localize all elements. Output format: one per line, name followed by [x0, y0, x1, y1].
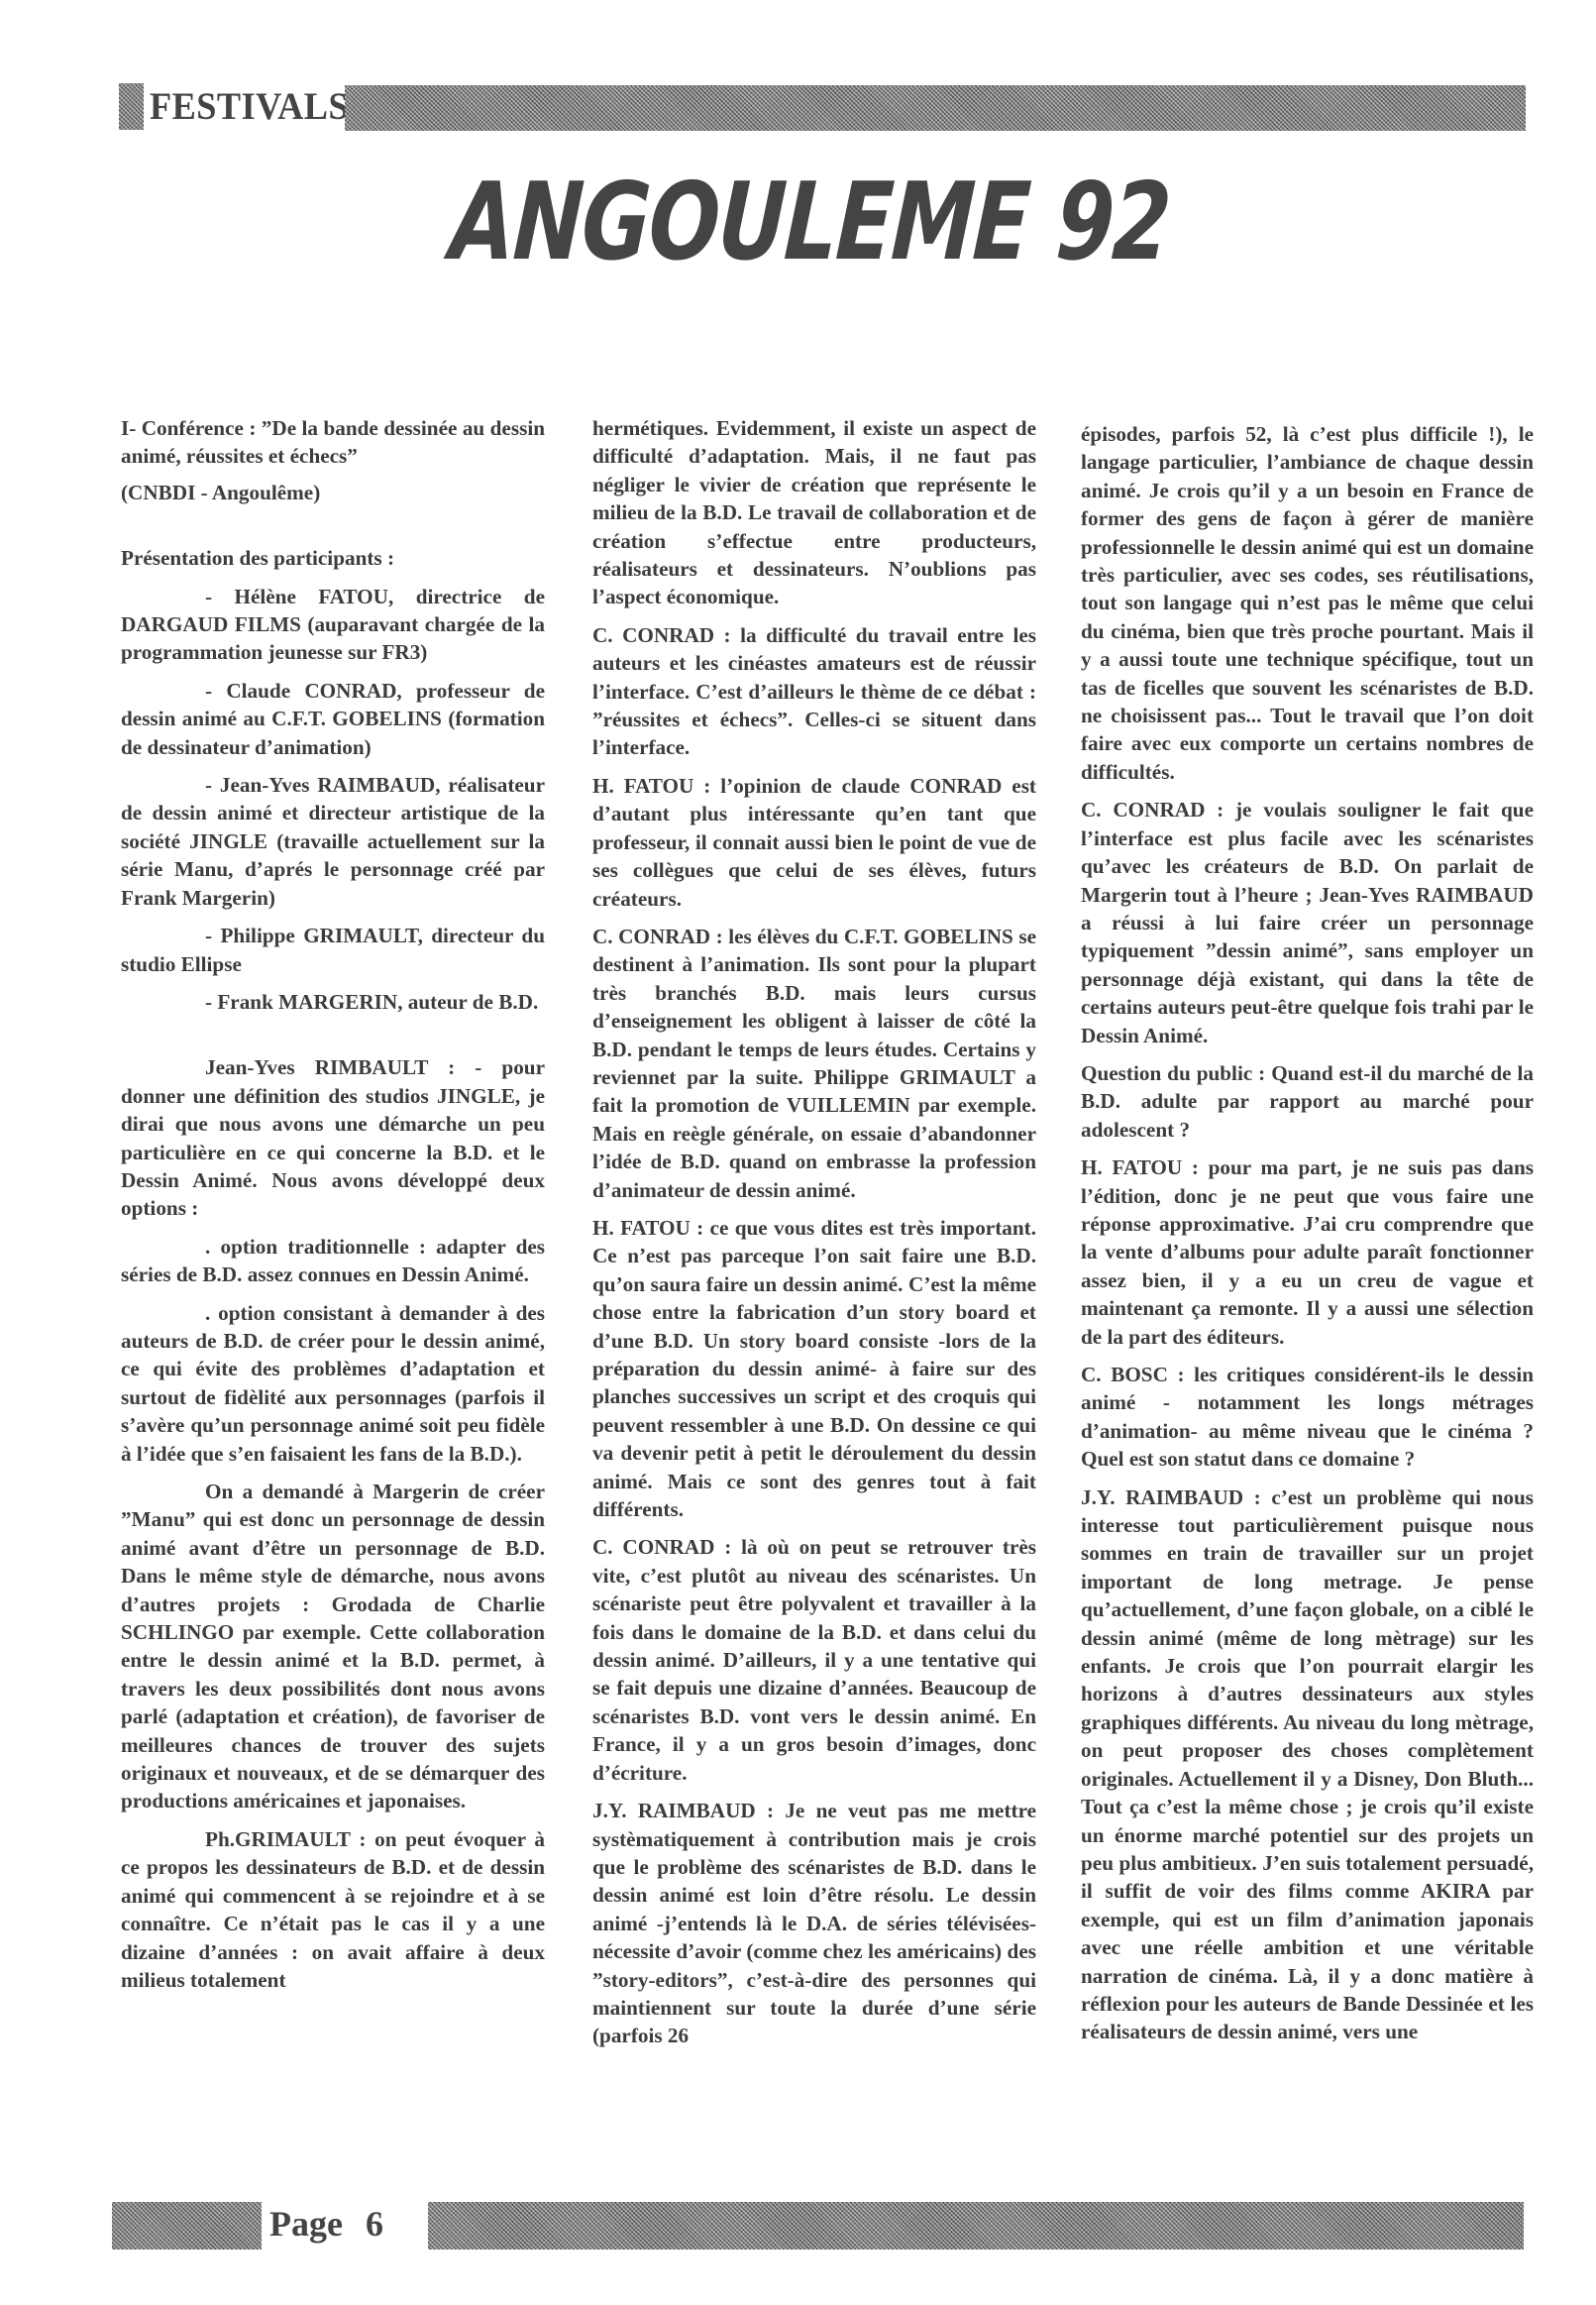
conference-heading: I- Conférence : ”De la bande dessinée au… [121, 414, 545, 471]
footer-left-dither-block [112, 2202, 262, 2250]
article-paragraph: On a demandé à Margerin de créer ”Manu” … [121, 1478, 545, 1815]
article-paragraph: H. FATOU : pour ma part, je ne suis pas … [1081, 1153, 1534, 1351]
article-paragraph: C. CONRAD : là où on peut se retrouver t… [592, 1533, 1036, 1787]
footer-dither-bar [428, 2202, 1524, 2250]
article-paragraph: J.Y. RAIMBAUD : Je ne veut pas me mettre… [592, 1797, 1036, 2050]
article-paragraph: C. CONRAD : les élèves du C.F.T. GOBELIN… [592, 923, 1036, 1204]
article-paragraph: hermétiques. Evidemment, il existe un as… [592, 414, 1036, 611]
conference-venue: (CNBDI - Angoulême) [121, 479, 545, 506]
article-paragraph: H. FATOU : ce que vous dites est très im… [592, 1214, 1036, 1523]
participant-item: - Frank MARGERIN, auteur de B.D. [121, 988, 545, 1016]
header-left-dither-block [119, 83, 144, 130]
article-column-2: hermétiques. Evidemment, il existe un as… [592, 414, 1036, 2060]
article-paragraph: . option consistant à demander à des aut… [121, 1299, 545, 1468]
article-paragraph: H. FATOU : l’opinion de claude CONRAD es… [592, 772, 1036, 913]
article-column-3: épisodes, parfois 52, là c’est plus diff… [1081, 420, 1534, 2056]
participant-item: - Hélène FATOU, directrice de DARGAUD FI… [121, 583, 545, 667]
article-paragraph: Question du public : Quand est-il du mar… [1081, 1059, 1534, 1144]
participant-item: - Jean-Yves RAIMBAUD, réalisateur de des… [121, 771, 545, 912]
article-paragraph: . option traditionnelle : adapter des sé… [121, 1233, 545, 1289]
article-paragraph: C. CONRAD : la difficulté du travail ent… [592, 621, 1036, 762]
article-paragraph: C. CONRAD : je voulais souligner le fait… [1081, 796, 1534, 1049]
article-paragraph: épisodes, parfois 52, là c’est plus diff… [1081, 420, 1534, 786]
participant-item: - Claude CONRAD, professeur de dessin an… [121, 677, 545, 761]
section-label: FESTIVALS [150, 85, 349, 129]
article-paragraph: J.Y. RAIMBAUD : c’est un problème qui no… [1081, 1483, 1534, 2046]
page-number: Page 6 [269, 2198, 383, 2250]
header-dither-bar [345, 85, 1526, 131]
article-paragraph: Ph.GRIMAULT : on peut évoquer à ce propo… [121, 1825, 545, 1994]
article-paragraph: Jean-Yves RIMBAULT : - pour donner une d… [121, 1053, 545, 1222]
participants-heading: Présentation des participants : [121, 544, 545, 572]
article-title: ANGOULEME 92 [448, 168, 995, 277]
article-paragraph: C. BOSC : les critiques considérent-ils … [1081, 1361, 1534, 1474]
participant-item: - Philippe GRIMAULT, directeur du studio… [121, 922, 545, 978]
article-column-1: I- Conférence : ”De la bande dessinée au… [121, 414, 545, 2004]
